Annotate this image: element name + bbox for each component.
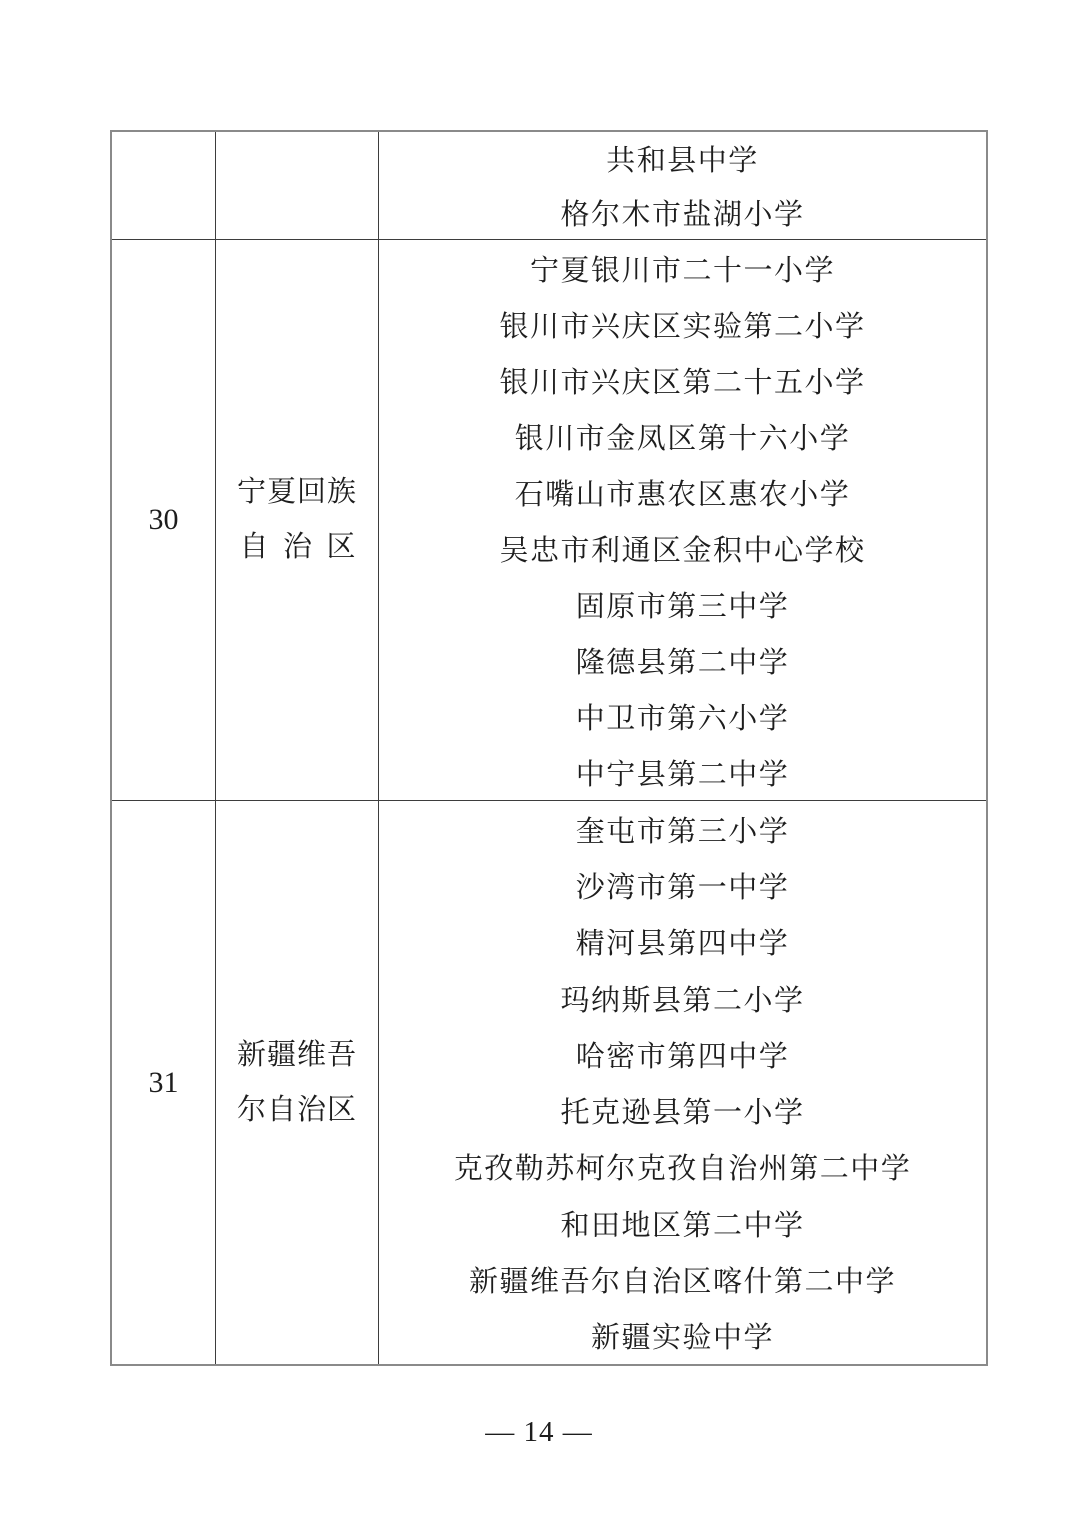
school-name: 托克逊县第一小学 xyxy=(379,1082,986,1138)
schools-table: 共和县中学格尔木市盐湖小学 30 宁夏回族 自治区 宁夏银川市二十一小学银川市兴… xyxy=(110,130,988,1366)
schools-cell: 宁夏银川市二十一小学银川市兴庆区实验第二小学银川市兴庆区第二十五小学银川市金凤区… xyxy=(379,240,986,800)
school-name: 新疆维吾尔自治区喀什第二中学 xyxy=(379,1251,986,1307)
region-name-line: 新疆维吾 xyxy=(237,1028,357,1083)
region-cell xyxy=(216,132,379,239)
school-name: 石嘴山市惠农区惠农小学 xyxy=(379,464,986,520)
page-footer: — 14 — xyxy=(0,1416,1078,1449)
school-name: 哈密市第四中学 xyxy=(379,1026,986,1082)
row-number-cell: 31 xyxy=(112,801,216,1364)
region-cell: 新疆维吾 尔自治区 xyxy=(216,801,379,1364)
region-name-line: 宁夏回族 xyxy=(237,465,357,520)
schools-cell: 奎屯市第三小学沙湾市第一中学精河县第四中学玛纳斯县第二小学哈密市第四中学托克逊县… xyxy=(379,801,986,1364)
school-name: 银川市兴庆区实验第二小学 xyxy=(379,296,986,352)
school-name: 沙湾市第一中学 xyxy=(379,857,986,913)
school-name: 玛纳斯县第二小学 xyxy=(379,970,986,1026)
school-name: 奎屯市第三小学 xyxy=(379,801,986,857)
region-name-line: 尔自治区 xyxy=(237,1083,357,1138)
school-name: 中卫市第六小学 xyxy=(379,688,986,744)
school-name: 吴忠市利通区金积中心学校 xyxy=(379,520,986,576)
row-number-cell xyxy=(112,132,216,239)
schools-cell: 共和县中学格尔木市盐湖小学 xyxy=(379,132,986,239)
region-name-line: 自治区 xyxy=(239,520,370,575)
region-cell: 宁夏回族 自治区 xyxy=(216,240,379,800)
page-number: — 14 — xyxy=(485,1416,593,1448)
table-row-continuation: 共和县中学格尔木市盐湖小学 xyxy=(112,132,986,239)
school-name: 和田地区第二中学 xyxy=(379,1195,986,1251)
school-name: 格尔木市盐湖小学 xyxy=(379,186,986,240)
school-name: 精河县第四中学 xyxy=(379,914,986,970)
school-name: 中宁县第二中学 xyxy=(379,744,986,800)
table-row-31: 31 新疆维吾 尔自治区 奎屯市第三小学沙湾市第一中学精河县第四中学玛纳斯县第二… xyxy=(112,800,986,1364)
school-name: 新疆实验中学 xyxy=(379,1308,986,1364)
school-name: 宁夏银川市二十一小学 xyxy=(379,240,986,296)
school-name: 克孜勒苏柯尔克孜自治州第二中学 xyxy=(379,1139,986,1195)
school-name: 隆德县第二中学 xyxy=(379,632,986,688)
row-number-cell: 30 xyxy=(112,240,216,800)
school-name: 固原市第三中学 xyxy=(379,576,986,632)
table-row-30: 30 宁夏回族 自治区 宁夏银川市二十一小学银川市兴庆区实验第二小学银川市兴庆区… xyxy=(112,239,986,800)
school-name: 银川市兴庆区第二十五小学 xyxy=(379,352,986,408)
school-name: 银川市金凤区第十六小学 xyxy=(379,408,986,464)
school-name: 共和县中学 xyxy=(379,132,986,186)
